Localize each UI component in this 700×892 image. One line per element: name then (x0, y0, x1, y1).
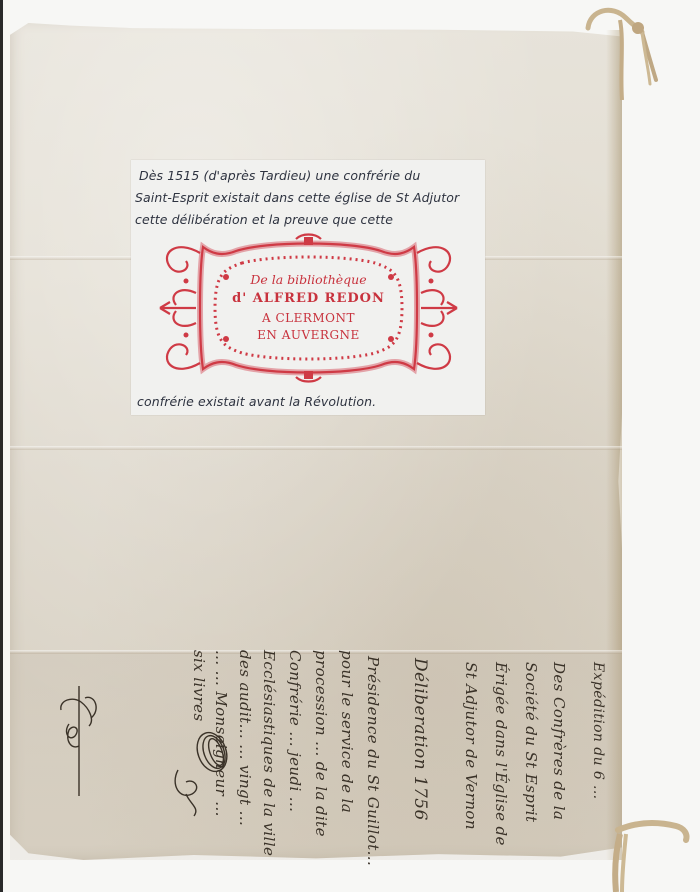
manuscript-column-3: Société du St Esprit (522, 662, 540, 822)
ex-libris-region: EN AUVERGNE (156, 328, 461, 342)
binding-string-bottom-icon (612, 810, 700, 892)
manuscript-column-9: procession ... de la dite (312, 650, 330, 837)
fold-line-2 (10, 446, 622, 450)
manuscript-column-6: Déliberation 1756 (410, 658, 430, 821)
manuscript-column-11: Ecclésiastiques de la ville (260, 650, 278, 856)
manuscript-column-10: Confrérie ... jeudi ... (286, 650, 304, 812)
paraphe-signature-icon (170, 730, 240, 820)
ex-libris-owner: d' ALFRED REDON (156, 291, 461, 306)
manuscript-column-8: pour le service de la (338, 650, 356, 813)
manuscript-column-7: Présidence du St Guillot... (364, 656, 382, 866)
scanner-edge (0, 0, 3, 892)
binding-string-top-icon (560, 0, 670, 100)
ex-libris-city: A CLERMONT (156, 311, 461, 325)
annotation-footer: confrérie existait avant la Révolution. (137, 394, 376, 409)
manuscript-column-5: St Adjutor de Vernon (462, 662, 480, 830)
manuscript-column-2: Des Confrères de la (550, 662, 568, 820)
left-margin-mark-icon (55, 680, 105, 800)
annotation-line-1: Dès 1515 (d'après Tardieu) une confrérie… (139, 168, 420, 183)
manuscript-column-14: six livres (190, 650, 208, 722)
ex-libris-line-1: De la bibliothèque (156, 272, 461, 287)
manuscript-column-1: Expédition du 6 ... (590, 662, 606, 800)
manuscript-column-4: Érigée dans l'Église de (492, 662, 510, 846)
annotation-line-3: cette délibération et la preuve que cett… (135, 212, 393, 227)
ex-libris-bookplate: De la bibliothèque d' ALFRED REDON A CLE… (156, 233, 461, 383)
ornamental-frame-icon (156, 233, 461, 383)
ex-libris-label: Dès 1515 (d'après Tardieu) une confrérie… (131, 160, 485, 415)
annotation-line-2: Saint-Esprit existait dans cette église … (135, 190, 459, 205)
